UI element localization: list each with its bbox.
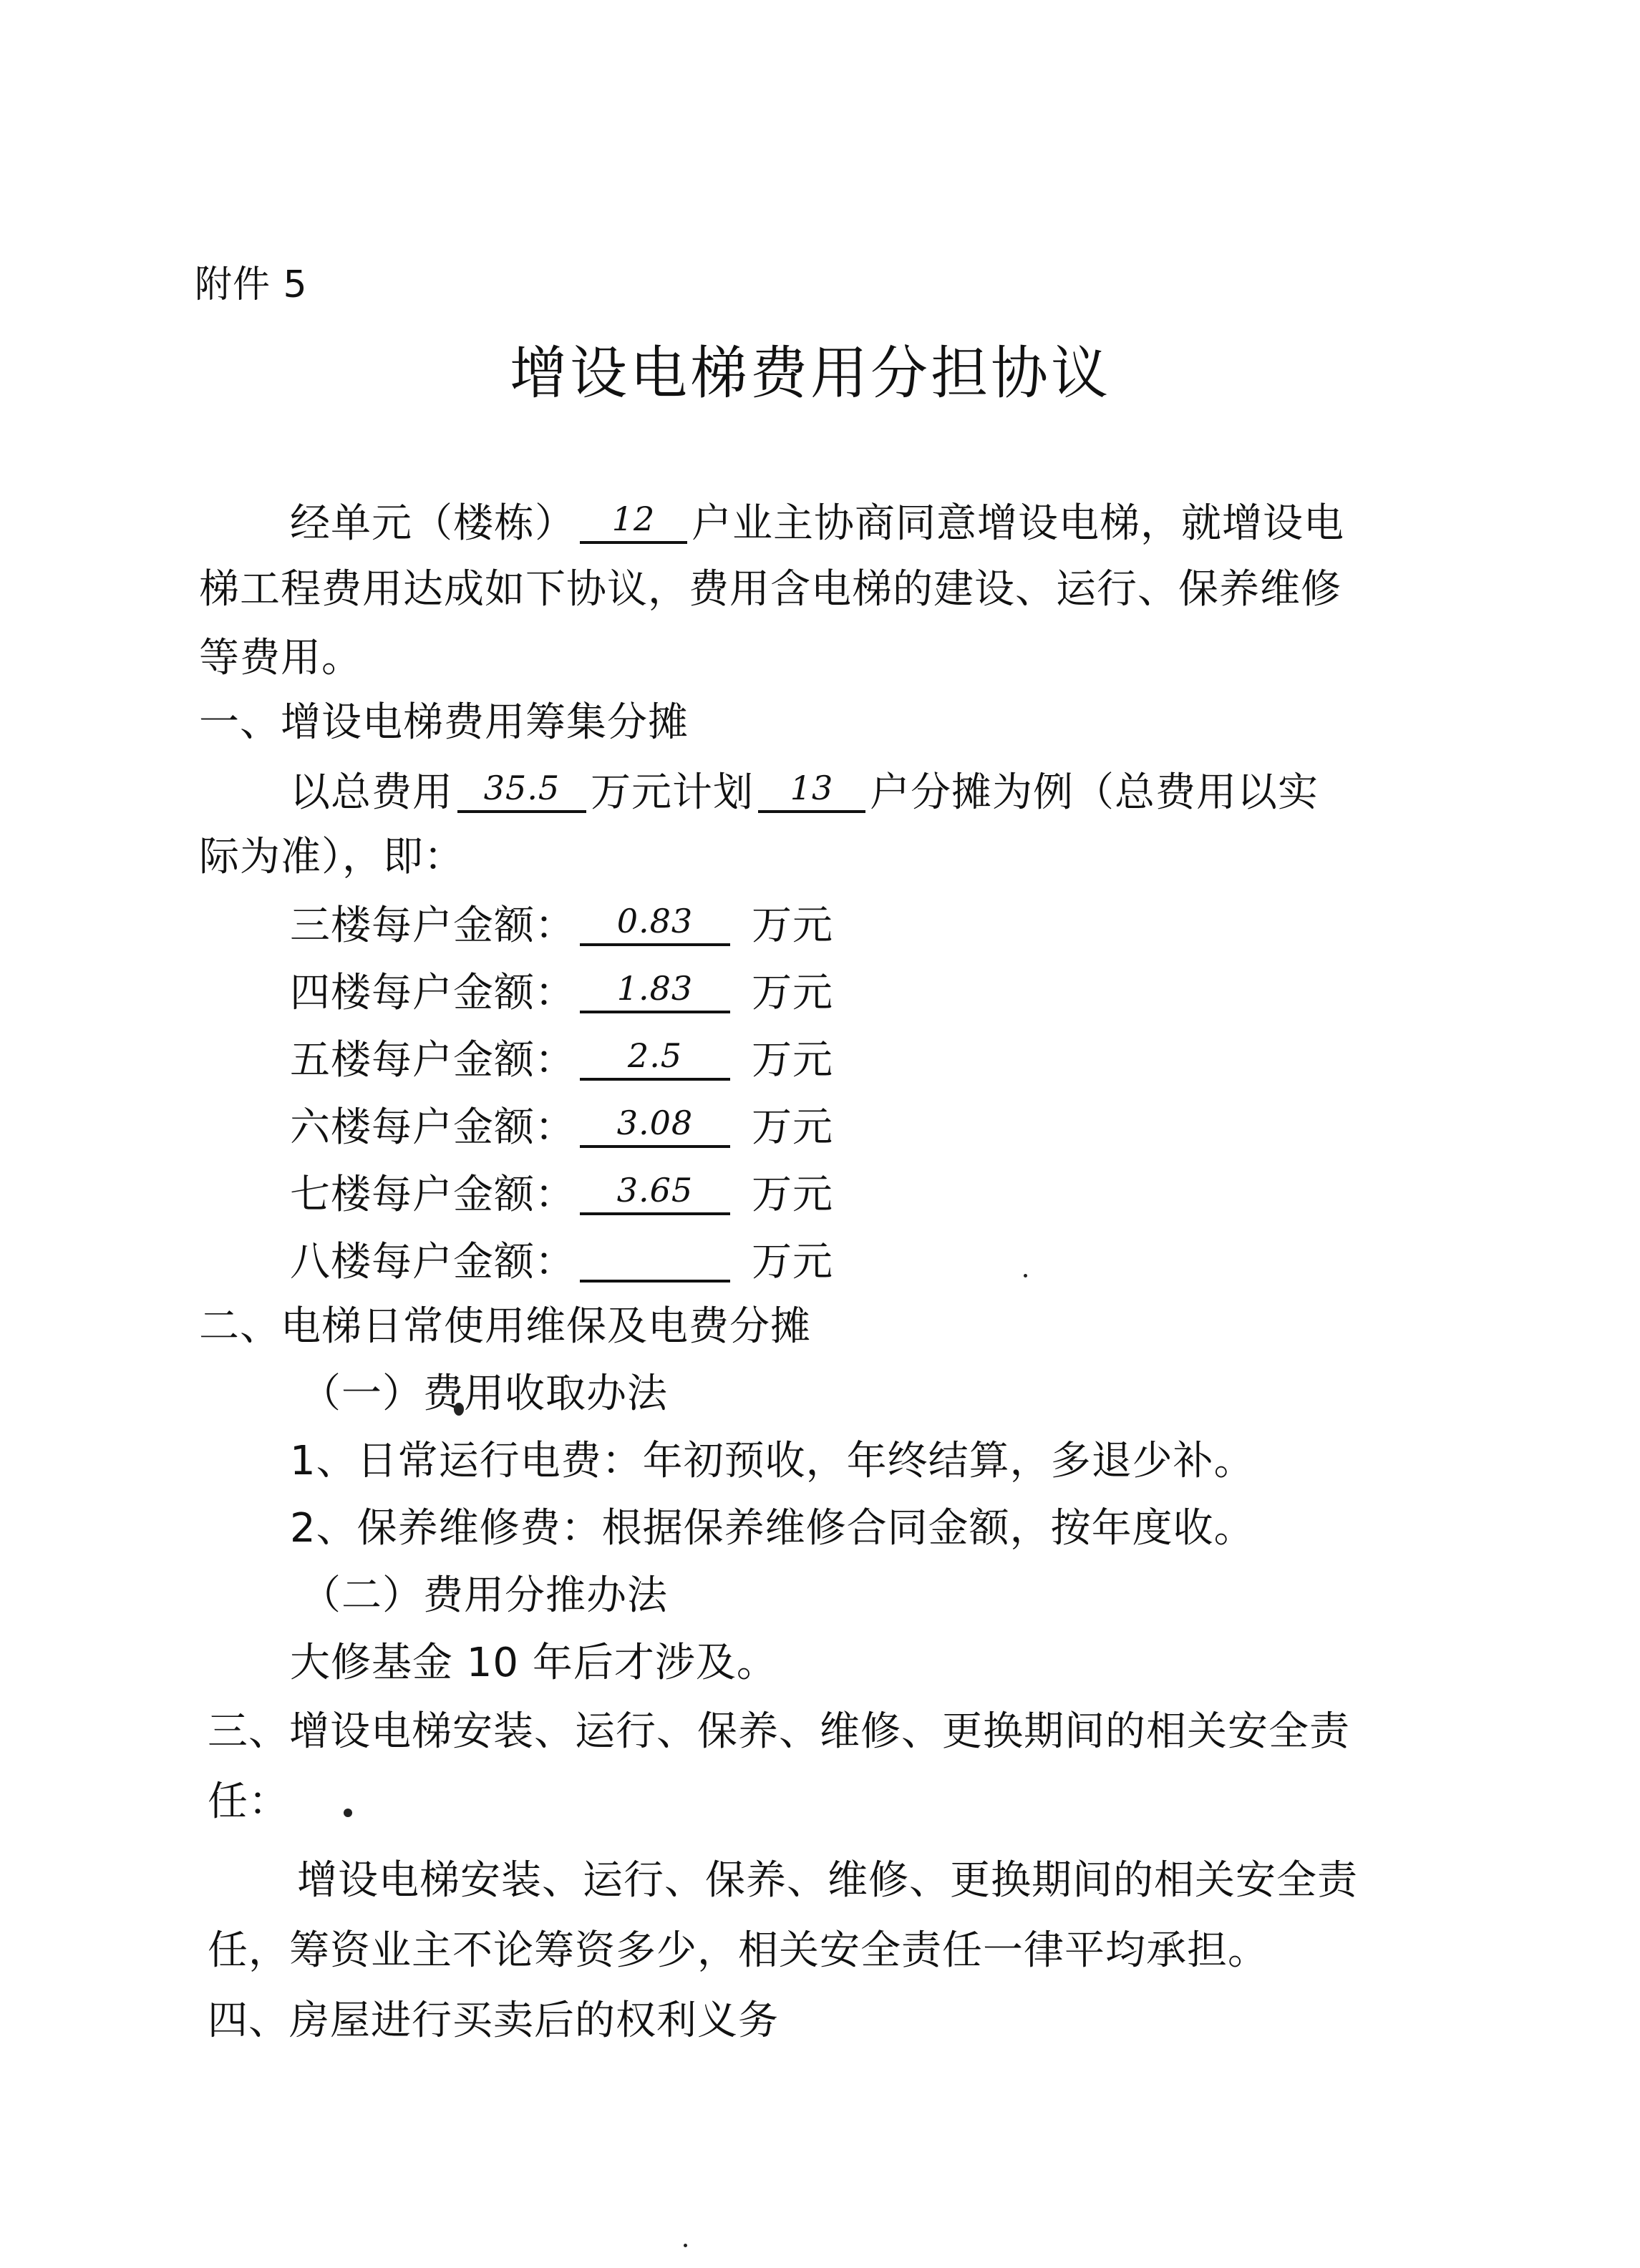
intro-line-2: 梯工程费用达成如下协议，费用含电梯的建设、运行、保养维修 [199, 570, 1341, 610]
section3-body-2: 任，筹资业主不论筹资多少，相关安全责任一律平均承担。 [208, 1931, 1268, 1971]
floor-label: 六楼每户金额： [290, 1104, 576, 1151]
section2-sub2: （二）费用分推办法 [301, 1576, 668, 1616]
unit-label: 万元 [752, 1239, 833, 1285]
unit-label: 万元 [752, 1037, 833, 1084]
floor-amount-blank[interactable]: 3.08 [580, 1105, 730, 1148]
section3-body-1: 增设电梯安装、运行、保养、维修、更换期间的相关安全责 [297, 1861, 1358, 1901]
total-cost-value: 35.5 [457, 772, 586, 804]
section3-heading-2: 任： [208, 1782, 289, 1822]
section2-sub1: （一）费用收取办法 [301, 1374, 668, 1414]
section2-item2: 2、保养维修费：根据保养维修合同金额，按年度收。 [290, 1509, 1255, 1549]
households-value: 12 [580, 502, 687, 535]
floor-row: 六楼每户金额：3.08万元 [290, 1105, 833, 1148]
section1-example-line: 以总费用35.5万元计划13户分摊为例（总费用以实 [290, 770, 1319, 813]
floor-row: 四楼每户金额：1.83万元 [290, 970, 833, 1013]
unit-label: 万元 [752, 1104, 833, 1151]
intro-line-1: 经单元（楼栋）12户业主协商同意增设电梯，就增设电 [290, 501, 1344, 544]
section3-heading-1: 三、增设电梯安装、运行、保养、维修、更换期间的相关安全责 [208, 1712, 1350, 1752]
floor-amount-blank[interactable]: 2.5 [580, 1038, 730, 1081]
example-prefix: 以总费用 [290, 769, 453, 816]
floor-amount: 3.08 [580, 1106, 730, 1139]
plan-households-value: 13 [758, 772, 865, 804]
households-blank[interactable]: 12 [580, 501, 687, 544]
unit-label: 万元 [752, 970, 833, 1016]
floor-label: 七楼每户金额： [290, 1172, 576, 1218]
floor-label: 三楼每户金额： [290, 902, 576, 949]
unit-label: 万元 [752, 902, 833, 949]
floor-amount: 3.65 [580, 1174, 730, 1207]
example-mid: 万元计划 [591, 769, 754, 816]
intro-suffix: 户业主协商同意增设电梯，就增设电 [692, 500, 1344, 547]
floor-amount: 1.83 [580, 972, 730, 1005]
section1-example-line-2: 际为准），即： [199, 837, 465, 877]
plan-households-blank[interactable]: 13 [758, 770, 865, 813]
section2-item1: 1、日常运行电费：年初预收，年终结算，多退少补。 [290, 1441, 1255, 1481]
section2-note: 大修基金 10 年后才涉及。 [290, 1643, 777, 1683]
section2-heading: 二、电梯日常使用维保及电费分摊 [199, 1307, 811, 1347]
floor-label: 八楼每户金额： [290, 1239, 576, 1285]
intro-prefix: 经单元（楼栋） [290, 500, 576, 547]
section1-heading: 一、增设电梯费用筹集分摊 [199, 703, 689, 743]
floor-amount-blank[interactable]: 3.65 [580, 1172, 730, 1215]
floor-amount-blank[interactable] [580, 1240, 730, 1283]
intro-line-3: 等费用。 [199, 638, 362, 678]
attachment-label: 附件 5 [195, 266, 308, 303]
floor-row: 八楼每户金额：万元 [290, 1240, 833, 1283]
scan-speck [1024, 1274, 1027, 1277]
ink-blot [454, 1403, 464, 1416]
example-suffix: 户分摊为例（总费用以实 [870, 769, 1319, 816]
scan-speck [684, 2244, 687, 2247]
floor-amount-blank[interactable]: 1.83 [580, 970, 730, 1013]
floor-label: 五楼每户金额： [290, 1037, 576, 1084]
ink-blot [344, 1809, 352, 1817]
section4-heading: 四、房屋进行买卖后的权利义务 [208, 2001, 779, 2041]
floor-amount-blank[interactable]: 0.83 [580, 903, 730, 946]
floor-label: 四楼每户金额： [290, 970, 576, 1016]
floor-row: 七楼每户金额：3.65万元 [290, 1172, 833, 1215]
floor-amount: 2.5 [580, 1039, 730, 1072]
total-cost-blank[interactable]: 35.5 [457, 770, 586, 813]
document-title: 增设电梯费用分担协议 [510, 345, 1111, 402]
floor-row: 五楼每户金额：2.5万元 [290, 1038, 833, 1081]
floor-amount: 0.83 [580, 905, 730, 938]
unit-label: 万元 [752, 1172, 833, 1218]
floor-row: 三楼每户金额：0.83万元 [290, 903, 833, 946]
